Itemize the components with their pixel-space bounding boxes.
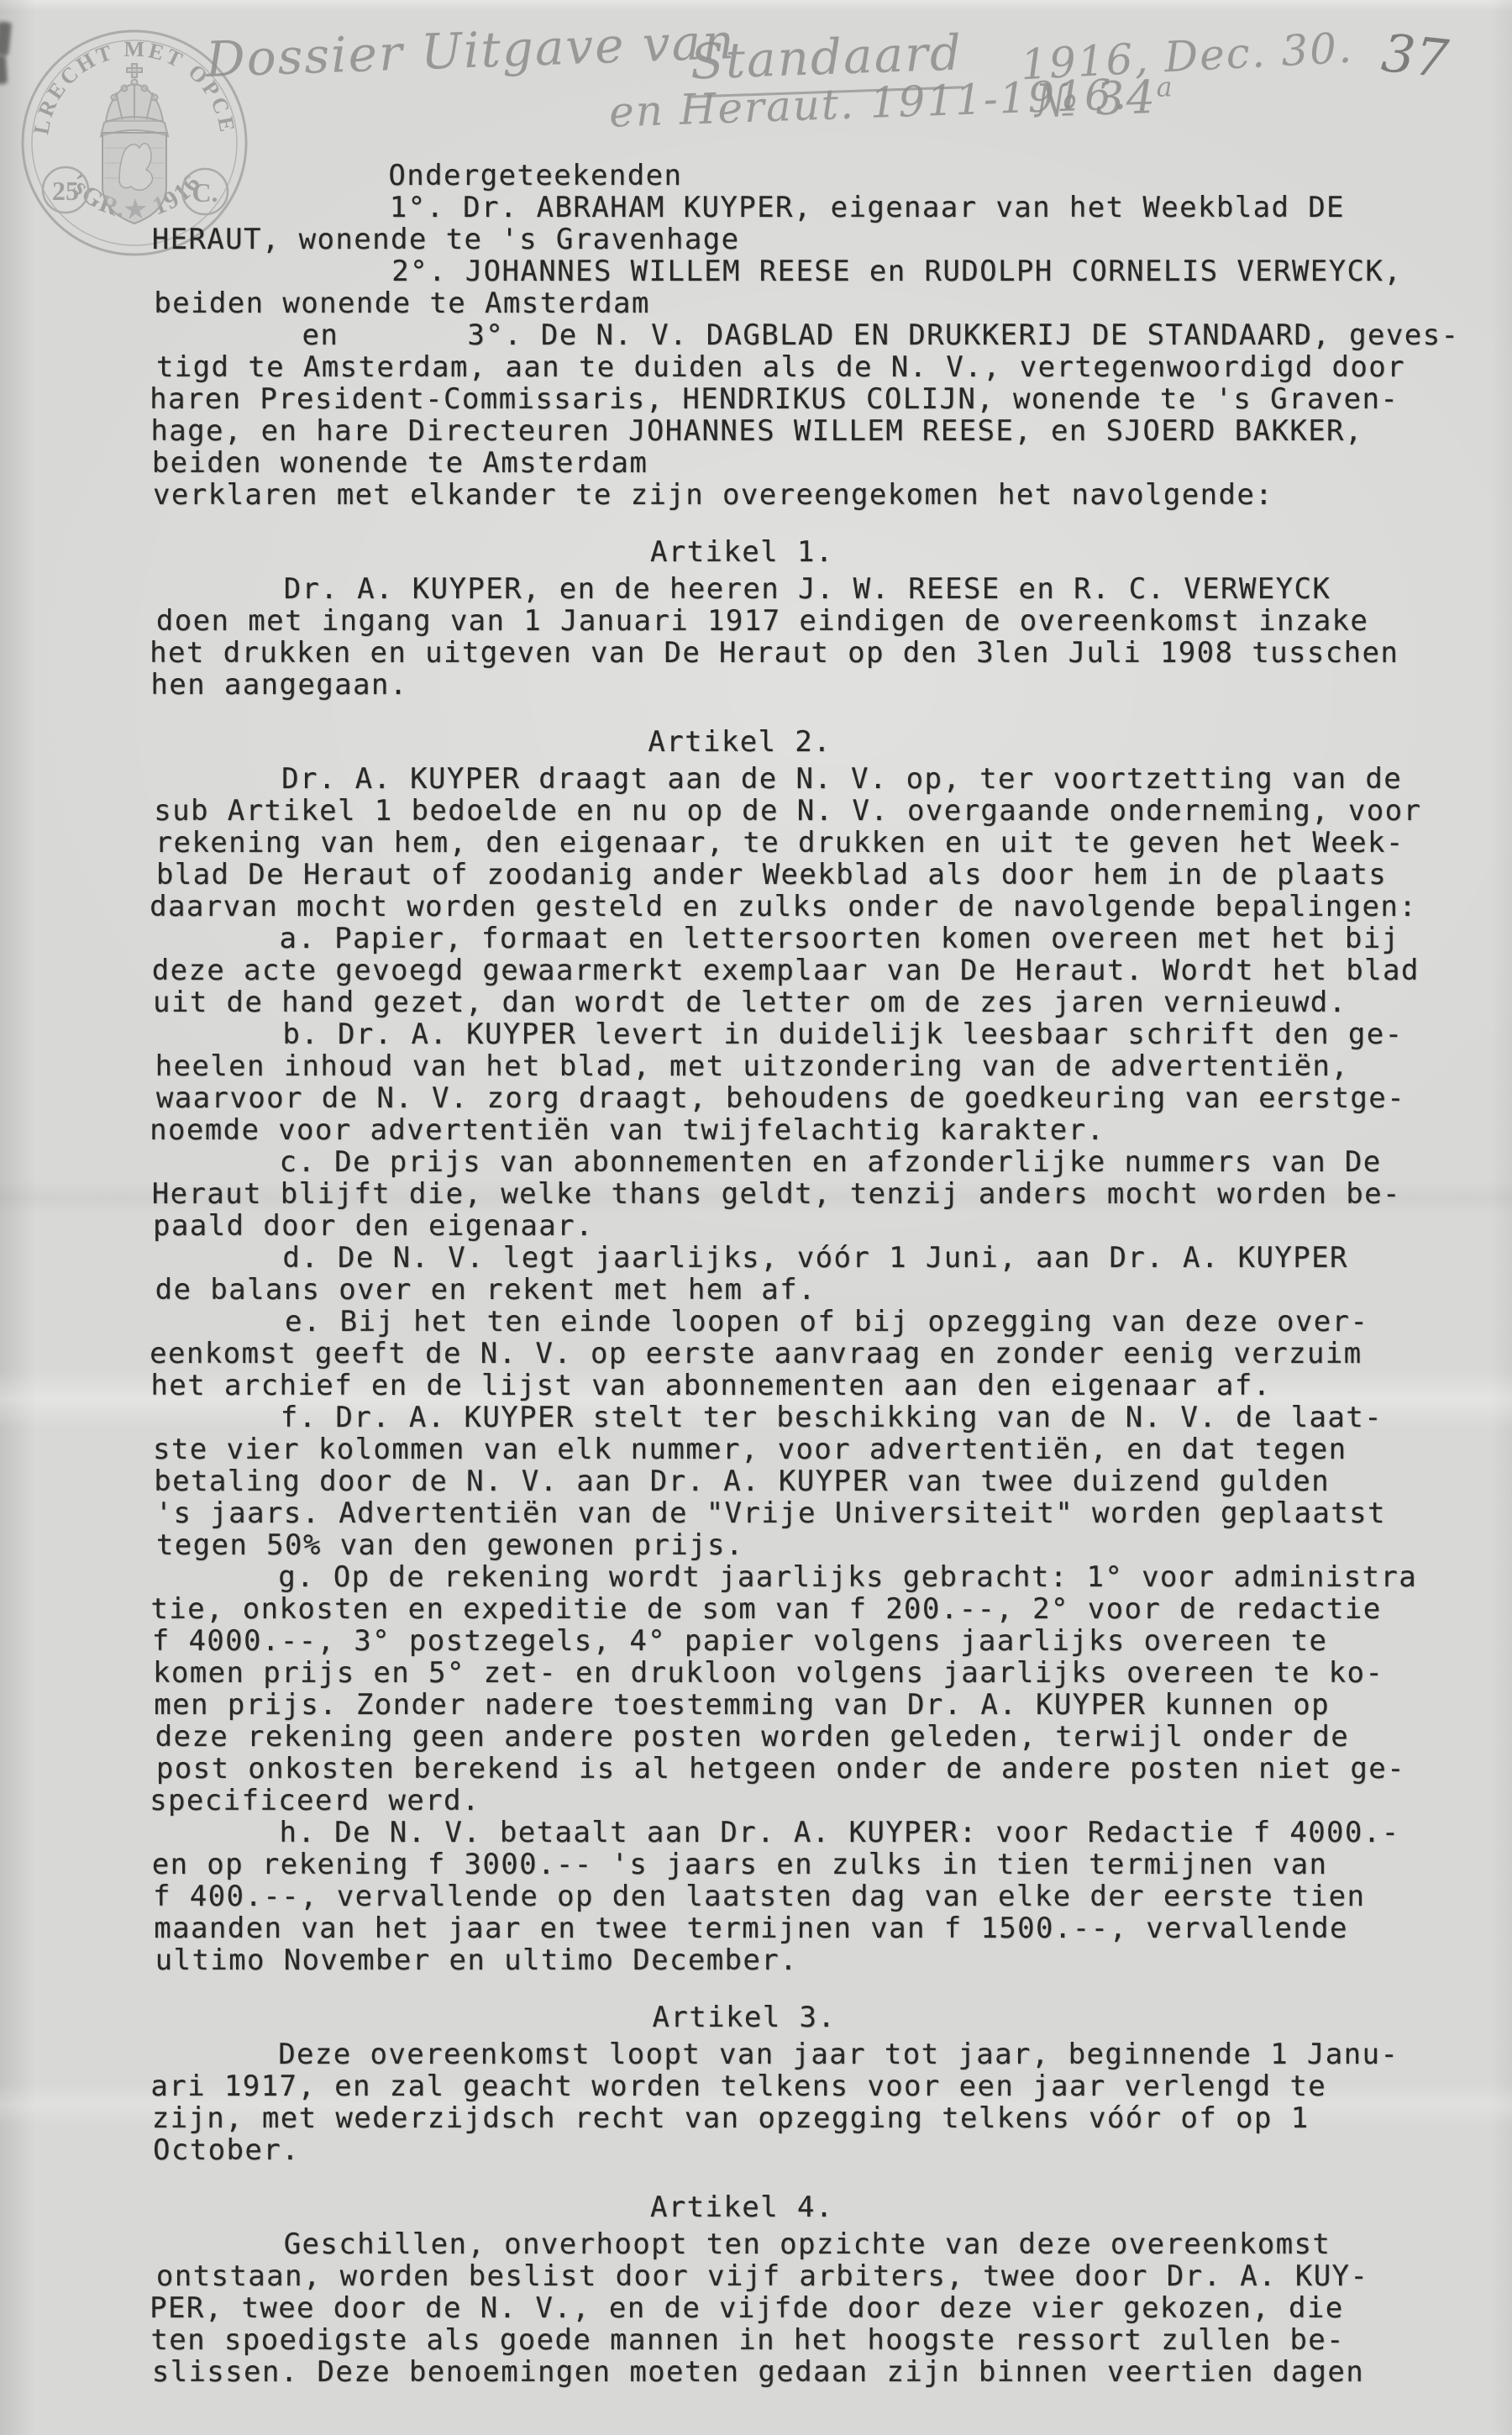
document-line: de balans over en rekent met hem af. xyxy=(155,1274,1512,1306)
document-line: Geschillen, onverhoopt ten opzichte van … xyxy=(155,2228,1512,2260)
document-line: waarvoor de N. V. zorg draagt, behoudens… xyxy=(156,1082,1512,1114)
crown-icon xyxy=(101,64,168,136)
page-number: 37 xyxy=(1378,22,1451,90)
document-line: zijn, met wederzijdsch recht van opzeggi… xyxy=(152,2102,1512,2134)
document-line: deze acte gevoegd gewaarmerkt exemplaar … xyxy=(152,955,1512,986)
document-line: haren President-Commissaris, HENDRIKUS C… xyxy=(150,383,1510,415)
lion-rampant xyxy=(119,144,152,191)
document-line: rekening van hem, den eigenaar, te drukk… xyxy=(155,827,1512,859)
document-line: post onkosten berekend is al hetgeen ond… xyxy=(156,1753,1512,1785)
document-line: a. Papier, formaat en lettersoorten kome… xyxy=(150,923,1511,955)
document-line: 1°. Dr. ABRAHAM KUYPER, eigenaar van het… xyxy=(150,192,1511,224)
document-line: uit de hand gezet, dan wordt de letter o… xyxy=(153,986,1512,1018)
article-heading: Artikel 1. xyxy=(154,536,1330,568)
article-heading: Artikel 3. xyxy=(156,2001,1332,2033)
document-line: f. Dr. A. KUYPER stelt ter beschikking v… xyxy=(152,1402,1512,1433)
document-line: tigd te Amsterdam, aan te duiden als de … xyxy=(156,351,1512,383)
scanned-document-page: ZEGELRECHT MET OPCENTEN 'sGR.★ 1916 25 C… xyxy=(0,0,1512,2435)
handwritten-dossier-note: Dossier Uitgave van xyxy=(205,13,737,88)
edge-smudge xyxy=(0,21,12,55)
document-line: Dr. A. KUYPER draagt aan de N. V. op, te… xyxy=(153,763,1512,795)
article-heading: Artikel 4. xyxy=(154,2191,1330,2223)
file-number-main: № 34 xyxy=(1034,71,1158,128)
document-line: f 4000.--, 3° postzegels, 4° papier volg… xyxy=(152,1625,1512,1657)
document-line: PER, twee door de N. V., en de vijfde do… xyxy=(150,2292,1510,2324)
document-line: ari 1917, en zal geacht worden telkens v… xyxy=(150,2070,1511,2102)
document-line: specificeerd werd. xyxy=(150,1785,1510,1817)
document-line: verklaren met elkander te zijn overeenge… xyxy=(153,479,1512,511)
document-line: Heraut blijft die, welke thans geldt, te… xyxy=(152,1178,1512,1210)
document-line: hage, en hare Directeuren JOHANNES WILLE… xyxy=(150,415,1511,447)
document-line: g. Op de rekening wordt jaarlijks gebrac… xyxy=(150,1561,1510,1593)
document-line: beiden wonende te Amsterdam xyxy=(152,447,1512,479)
document-line: Dr. A. KUYPER, en de heeren J. W. REESE … xyxy=(155,573,1512,605)
document-line: blad De Heraut of zoodanig ander Weekbla… xyxy=(156,859,1512,891)
document-line: ste vier kolommen van elk nummer, voor a… xyxy=(153,1433,1512,1465)
edge-smudge xyxy=(0,55,8,85)
document-line: c. De prijs van abonnementen en afzonder… xyxy=(150,1146,1511,1178)
document-line: ontstaan, worden beslist door vijf arbit… xyxy=(156,2260,1512,2292)
document-line: men prijs. Zonder nadere toestemming van… xyxy=(154,1689,1512,1721)
document-line: daarvan mocht worden gesteld en zulks on… xyxy=(150,891,1510,923)
document-line: b. Dr. A. KUYPER levert in duidelijk lee… xyxy=(154,1018,1512,1050)
document-line: 2°. JOHANNES WILLEM REESE en RUDOLPH COR… xyxy=(153,255,1512,287)
document-line: HERAUT, wonende te 's Gravenhage xyxy=(152,224,1512,255)
document-line: maanden van het jaar en twee termijnen v… xyxy=(154,1912,1512,1944)
document-line: het archief en de lijst van abonnementen… xyxy=(150,1370,1511,1402)
document-line: sub Artikel 1 bedoelde en nu op de N. V.… xyxy=(154,795,1512,827)
handwritten-file-number: № 34a xyxy=(1034,70,1175,128)
left-badge-value: 25 xyxy=(52,176,79,206)
document-line: betaling door de N. V. aan Dr. A. KUYPER… xyxy=(154,1465,1512,1497)
document-body: Ondergeteekenden 1°. Dr. ABRAHAM KUYPER,… xyxy=(153,160,1512,2388)
document-line: tie, onkosten en expeditie de som van f … xyxy=(150,1593,1511,1625)
document-line: ultimo November en ultimo December. xyxy=(155,1944,1512,1976)
document-line: het drukken en uitgeven van De Heraut op… xyxy=(150,637,1510,669)
document-line: noemde voor advertentiën van twijfelacht… xyxy=(150,1114,1510,1146)
document-line: Ondergeteekenden xyxy=(150,160,1510,192)
document-line: f 400.--, vervallende op den laatsten da… xyxy=(153,1880,1512,1912)
article-heading: Artikel 2. xyxy=(152,726,1328,758)
document-line: beiden wonende te Amsterdam xyxy=(154,287,1512,319)
document-line: komen prijs en 5° zet- en drukloon volge… xyxy=(153,1657,1512,1689)
document-line: ten spoedigste als goede mannen in het h… xyxy=(150,2324,1511,2356)
document-line: October. xyxy=(153,2134,1512,2166)
document-line: paald door den eigenaar. xyxy=(153,1210,1512,1242)
document-line: tegen 50% van den gewonen prijs. xyxy=(156,1529,1512,1561)
document-line: Deze overeenkomst loopt van jaar tot jaa… xyxy=(150,2038,1510,2070)
document-line: hen aangegaan. xyxy=(150,669,1511,701)
document-line: slissen. Deze benoemingen moeten gedaan … xyxy=(152,2356,1512,2388)
document-line: doen met ingang van 1 Januari 1917 eindi… xyxy=(156,605,1512,637)
document-line: 's jaars. Advertentiën van de "Vrije Uni… xyxy=(155,1497,1512,1529)
file-number-suffix: a xyxy=(1156,71,1174,103)
document-line: h. De N. V. betaalt aan Dr. A. KUYPER: v… xyxy=(150,1817,1511,1849)
document-line: en 3°. De N. V. DAGBLAD EN DRUKKERIJ DE … xyxy=(155,319,1512,351)
document-line: heelen inhoud van het blad, met uitzonde… xyxy=(155,1050,1512,1082)
document-line: e. Bij het ten einde loopen of bij opzeg… xyxy=(156,1306,1512,1338)
document-line: d. De N. V. legt jaarlijks, vóór 1 Juni,… xyxy=(154,1242,1512,1274)
document-line: en op rekening f 3000.-- 's jaars en zul… xyxy=(152,1849,1512,1880)
document-line: eenkomst geeft de N. V. op eerste aanvra… xyxy=(150,1338,1510,1370)
document-line: deze rekening geen andere posten worden … xyxy=(155,1721,1512,1753)
